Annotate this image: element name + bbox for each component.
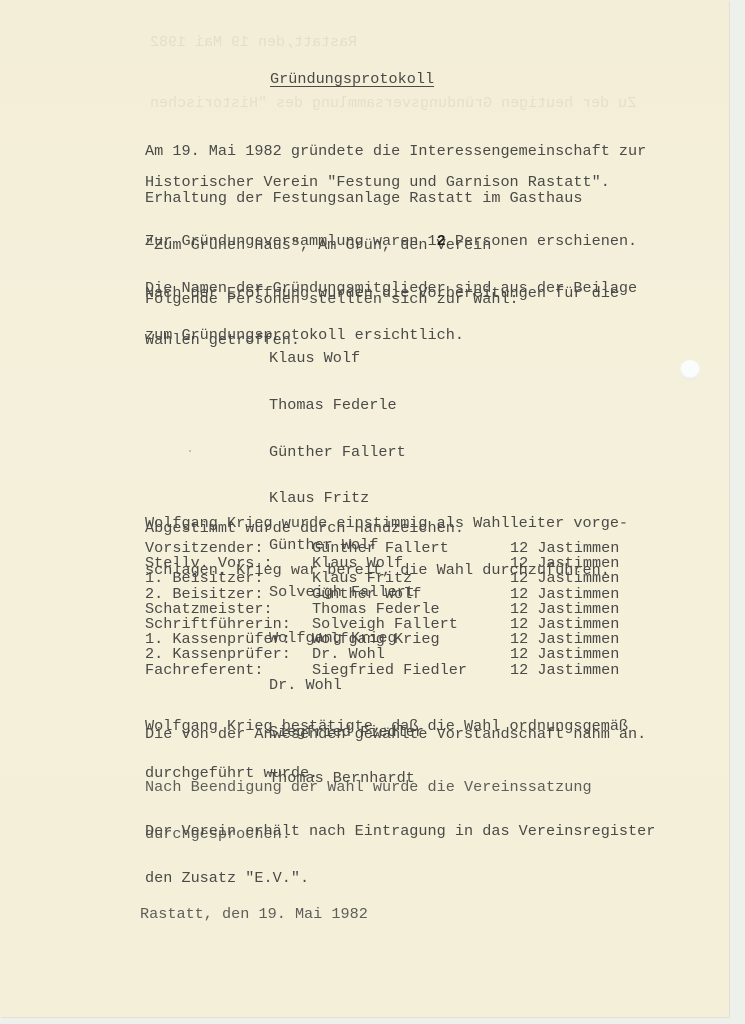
paragraph-association-name: Historischer Verein "Festung und Garniso… — [145, 175, 610, 191]
candidate: Günther Fallert — [269, 445, 424, 461]
paragraph-registration: Der Verein erhält nach Eintragung in das… — [145, 793, 655, 918]
result-row: Fachreferent:Siegfried Fiedler12 Jastimm… — [145, 663, 619, 678]
document-title: Gründungsprotokoll — [270, 72, 434, 88]
attendance-suffix: Personen erschienen. — [446, 232, 637, 250]
paragraph-candidates-intro: Folgende Personen stellten sich zur Wahl… — [145, 292, 519, 308]
text-line: den Zusatz "E.V.". — [145, 871, 655, 887]
candidate: Thomas Federle — [269, 398, 424, 414]
bleed-through-date: Rastatt,den 19 Mai 1982 — [150, 34, 357, 51]
paragraph-voting-method: Abgestimmt wurde durch Handzeichen. — [145, 521, 464, 537]
result-votes: 12 Jastimmen — [510, 663, 619, 678]
text-line: Am 19. Mai 1982 gründete die Interesseng… — [145, 144, 646, 160]
text-line: Zur Gründungsversammlung waren 12 Person… — [145, 234, 637, 250]
candidate: Klaus Wolf — [269, 351, 424, 367]
result-position: Fachreferent: — [145, 663, 312, 678]
election-results-table: Vorsitzender:Günther Fallert12 Jastimmen… — [145, 541, 619, 678]
bleed-through-line: Zu der heutigen Gründungsversammlung des… — [150, 95, 636, 112]
result-name: Siegfried Fiedler — [312, 663, 510, 678]
paragraph-acceptance: Die von der Anwesenden gewählte Vorstand… — [145, 727, 646, 743]
document-page: Rastatt,den 19 Mai 1982 Zu der heutigen … — [0, 0, 729, 1017]
punch-hole — [680, 360, 700, 380]
place-and-date: Rastatt, den 19. Mai 1982 — [140, 907, 368, 923]
overstruck-digit: 2 — [437, 232, 446, 250]
paper-speck — [189, 450, 191, 452]
text-line: Der Verein erhält nach Eintragung in das… — [145, 824, 655, 840]
attendance-prefix: Zur Gründungsversammlung waren 1 — [145, 232, 437, 250]
